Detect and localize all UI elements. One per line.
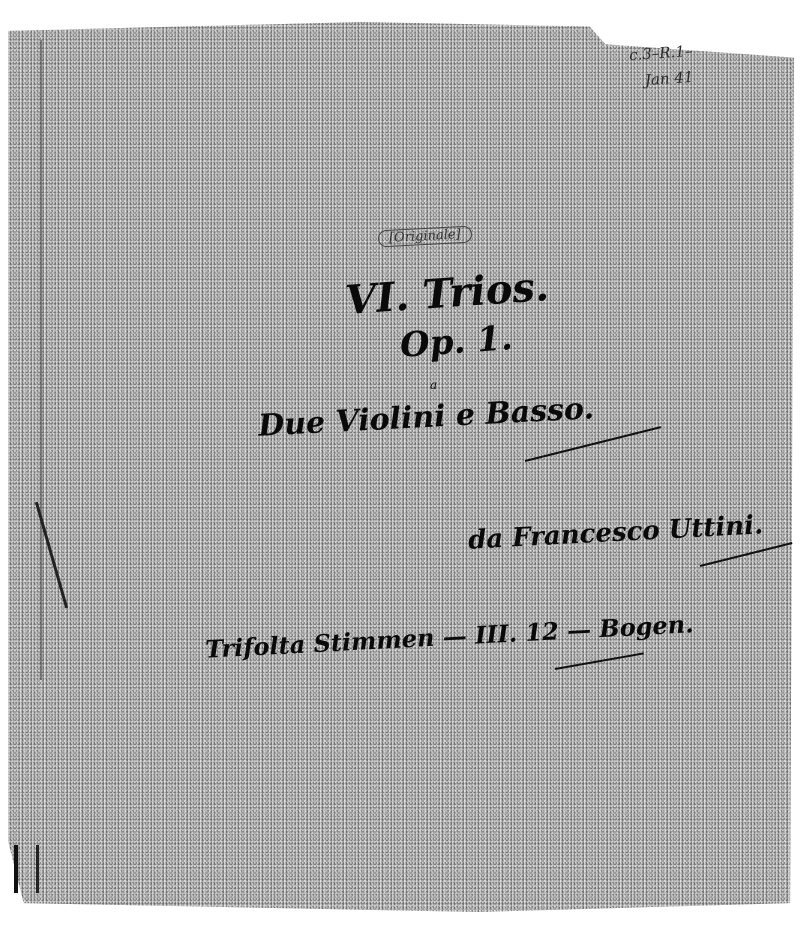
connector-a: a (430, 378, 437, 392)
manuscript-page (8, 22, 794, 912)
shelfmark-line-2: Jan 41 (630, 64, 695, 94)
page-crease (40, 40, 42, 680)
shelfmark: c.3–R.1– Jan 41 (628, 38, 695, 94)
opus-number: Op. 1. (399, 318, 514, 366)
binding-mark (14, 845, 39, 893)
